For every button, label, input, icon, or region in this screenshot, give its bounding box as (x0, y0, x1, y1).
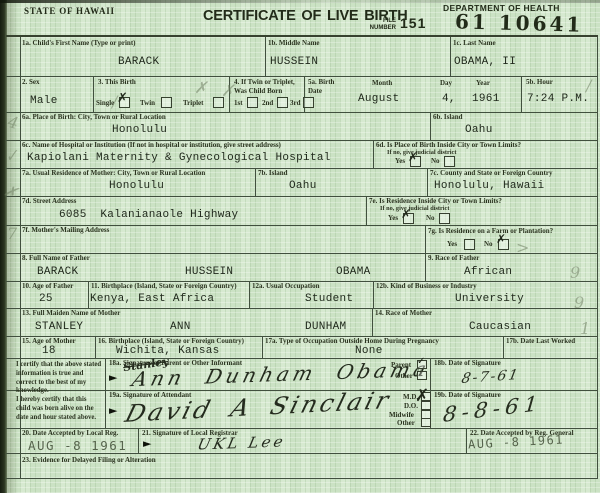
field-7g-no-label: No (484, 240, 493, 249)
field-6c-value: Kapiolani Maternity & Gynecological Hosp… (27, 152, 331, 164)
signature-21: UKL Lee (196, 432, 288, 453)
divider (265, 37, 266, 76)
signature-arrow-icon: ► (143, 437, 151, 450)
row-delayed-filing: 23. Evidence for Delayed Filing or Alter… (6, 453, 598, 479)
field-1a-label: 1a. Child's First Name (Type or print) (22, 39, 136, 48)
field-5b-label: 5b. Hour (526, 78, 553, 87)
field-7g-yes-label: Yes (447, 240, 457, 249)
field-7a-label: 7a. Usual Residence of Mother: City, Tow… (22, 169, 205, 178)
checkbox-other-attendant (421, 418, 431, 427)
row-mother-name: 13. Full Maiden Name of Mother STANLEY A… (6, 308, 598, 337)
x-mark-7g-no: ✗ (496, 232, 506, 246)
field-9-value: African (464, 266, 512, 278)
field-13-last: DUNHAM (305, 321, 346, 333)
field-20-stamp: AUG -8 1961 (28, 438, 127, 453)
birth-month-value: August (358, 93, 399, 105)
field-1a-value: BARACK (118, 56, 159, 68)
pencil-mark: ✗ (221, 81, 234, 100)
field-7a-value: Honolulu (109, 180, 164, 192)
field-15-label: 15. Age of Mother (22, 337, 92, 346)
day-column-label: Day (440, 79, 452, 88)
field-1c-value: OBAMA, II (454, 56, 516, 68)
field-2-value: Male (30, 95, 58, 107)
checkbox-do (421, 401, 431, 410)
month-column-label: Month (372, 79, 392, 88)
field-17a-label: 17a. Type of Occupation Outside Home Dur… (265, 337, 501, 346)
field-7b-label: 7b. Island (258, 169, 288, 178)
file-number-label: FILE NUMBER (364, 18, 396, 32)
row-registrar: 20. Date Accepted by Local Reg. AUG -8 1… (6, 428, 598, 454)
field-1b-label: 1b. Middle Name (268, 39, 320, 48)
file-number-value: 151 (400, 15, 426, 31)
checkbox-2nd (277, 97, 288, 108)
option-triplet-label: Triplet (183, 99, 203, 108)
field-6d-note: If no, give judicial district (387, 149, 456, 156)
field-17a-value: None (355, 345, 383, 357)
birth-year-value: 1961 (472, 93, 500, 105)
row-parent-signature: I certify that the above stated informat… (6, 358, 598, 391)
field-1c-label: 1c. Last Name (453, 39, 496, 48)
field-6c-label: 6c. Name of Hospital or Institution (If … (22, 141, 370, 150)
field-11-value: Kenya, East Africa (90, 293, 214, 305)
field-6a-label: 6a. Place of Birth: City, Town or Rural … (22, 113, 166, 122)
field-8-middle: HUSSEIN (185, 266, 233, 278)
year-column-label: Year (476, 79, 490, 88)
checkbox-twin (161, 97, 172, 108)
field-18b-label: 18b. Date of Signature (434, 359, 501, 368)
row-mailing-address: 7f. Mother's Mailing Address 7g. Is Resi… (6, 225, 598, 254)
field-7e-yes-label: Yes (388, 214, 398, 223)
field-11-label: 11. Birthplace (Island, State or Foreign… (91, 282, 247, 291)
field-7c-label: 7c. County and State or Foreign Country (430, 169, 552, 178)
field-7b-value: Oahu (289, 180, 317, 192)
row-mother-details: 15. Age of Mother 18 16. Birthplace (Isl… (6, 336, 598, 359)
field-6d-no-label: No (431, 157, 440, 166)
x-mark-6d-yes: ✗ (408, 150, 418, 164)
pencil-mark: / (112, 92, 117, 111)
birth-certificate-document: STATE OF HAWAII CERTIFICATE OF LIVE BIRT… (0, 0, 600, 493)
field-10-label: 10. Age of Father (22, 282, 84, 291)
field-18b-value: 8-7-61 (460, 367, 521, 387)
field-5a-label: 5a. Birth Date (308, 78, 336, 96)
field-4-label: 4. If Twin or Triplet, Was Child Born (234, 78, 302, 96)
field-6a-value: Honolulu (112, 124, 167, 136)
field-8-first: BARACK (37, 266, 78, 278)
field-7c-value: Honolulu, Hawaii (434, 180, 544, 192)
field-20-label: 20. Date Accepted by Local Reg. (22, 429, 136, 438)
field-17b-label: 17b. Date Last Worked (506, 337, 575, 346)
row-child-name: 1a. Child's First Name (Type or print) 1… (6, 37, 598, 77)
hatch-mark-other: ∕∕ (416, 368, 422, 377)
field-12a-label: 12a. Usual Occupation (252, 282, 319, 291)
field-7g-label: 7g. Is Residence on a Farm or Plantation… (428, 227, 598, 236)
field-5b-value: 7:24 P.M. (527, 93, 589, 105)
row-street-address: 7d. Street Address 6085 Kalanianaole Hig… (6, 196, 598, 226)
row-sex-birthdate: 2. Sex Male 3. This Birth Single ✗ Twin … (6, 76, 598, 113)
field-23-label: 23. Evidence for Delayed Filing or Alter… (22, 456, 156, 465)
field-14-value: Caucasian (469, 321, 531, 333)
option-other-label: Other (395, 372, 413, 381)
pencil-mark: > (516, 238, 529, 257)
field-7d-value: 6085 Kalanianaole Highway (59, 209, 238, 221)
option-1st-label: 1st (234, 99, 243, 108)
x-mark-single: ✗ (117, 91, 128, 106)
field-7d-label: 7d. Street Address (22, 197, 76, 206)
field-6b-label: 6b. Island (433, 113, 463, 122)
field-10-value: 25 (39, 293, 53, 305)
checkbox-3rd (303, 97, 314, 108)
pencil-mark-margin: 7 (7, 224, 17, 243)
row-hospital: 6c. Name of Hospital or Institution (If … (6, 140, 598, 169)
row-place-of-birth: 6a. Place of Birth: City, Town or Rural … (6, 112, 598, 141)
checkbox-1st (247, 97, 258, 108)
field-9-label: 9. Race of Father (428, 254, 479, 263)
pencil-mark: ✗ (194, 78, 207, 97)
option-3rd-label: 3rd (290, 99, 301, 108)
field-13-first: STANLEY (35, 321, 83, 333)
field-7e-note: If no, give judicial district (380, 205, 449, 212)
birth-day-value: 4, (442, 93, 456, 105)
tick-mark-parent: ✓ (417, 356, 425, 367)
option-other-attendant-label: Other (397, 419, 415, 428)
pencil-mark: / (586, 76, 591, 95)
state-title: STATE OF HAWAII (24, 6, 115, 16)
field-15-value: 18 (42, 345, 56, 357)
field-6d-yes-label: Yes (395, 157, 405, 166)
signature-arrow-icon: ► (109, 371, 117, 384)
field-12b-label: 12b. Kind of Business or Industry (376, 282, 477, 291)
field-12a-value: Student (305, 293, 353, 305)
row-mother-residence: 7a. Usual Residence of Mother: City, Tow… (6, 168, 598, 197)
row-attendant-signature: I hereby certify that this child was bor… (6, 390, 598, 429)
checkbox-6d-no (444, 156, 455, 167)
row-father-name: 8. Full Name of Father BARACK HUSSEIN OB… (6, 253, 598, 282)
pencil-mark: 9 (574, 293, 584, 312)
field-7e-no-label: No (426, 214, 435, 223)
field-14-label: 14. Race of Mother (375, 309, 432, 318)
field-12b-value: University (455, 293, 524, 305)
field-3-label: 3. This Birth (98, 78, 136, 87)
checkbox-7e-no (439, 213, 450, 224)
certificate-number: 61 10641 (455, 9, 584, 36)
checkbox-7g-yes (464, 239, 475, 250)
field-8-last: OBAMA (336, 266, 371, 278)
option-do-label: D.O. (404, 402, 418, 411)
signature-arrow-icon: ► (109, 404, 117, 417)
x-mark-7e-yes: ✗ (401, 207, 411, 221)
option-twin-label: Twin (140, 99, 155, 108)
field-1b-value: HUSSEIN (270, 56, 318, 68)
field-6b-value: Oahu (465, 124, 493, 136)
row-father-details: 10. Age of Father 25 11. Birthplace (Isl… (6, 281, 598, 309)
field-13-label: 13. Full Maiden Name of Mother (22, 309, 120, 318)
option-2nd-label: 2nd (262, 99, 273, 108)
field-2-label: 2. Sex (22, 78, 40, 87)
certify-statement-19: I hereby certify that this child was bor… (16, 396, 102, 422)
pencil-mark: 1 (580, 319, 590, 338)
field-13-middle: ANN (170, 321, 191, 333)
option-parent-label: Parent (391, 361, 411, 370)
pencil-mark: 9 (570, 263, 580, 282)
field-7f-label: 7f. Mother's Mailing Address (22, 226, 109, 235)
divider (450, 37, 451, 76)
field-8-label: 8. Full Name of Father (22, 254, 90, 263)
